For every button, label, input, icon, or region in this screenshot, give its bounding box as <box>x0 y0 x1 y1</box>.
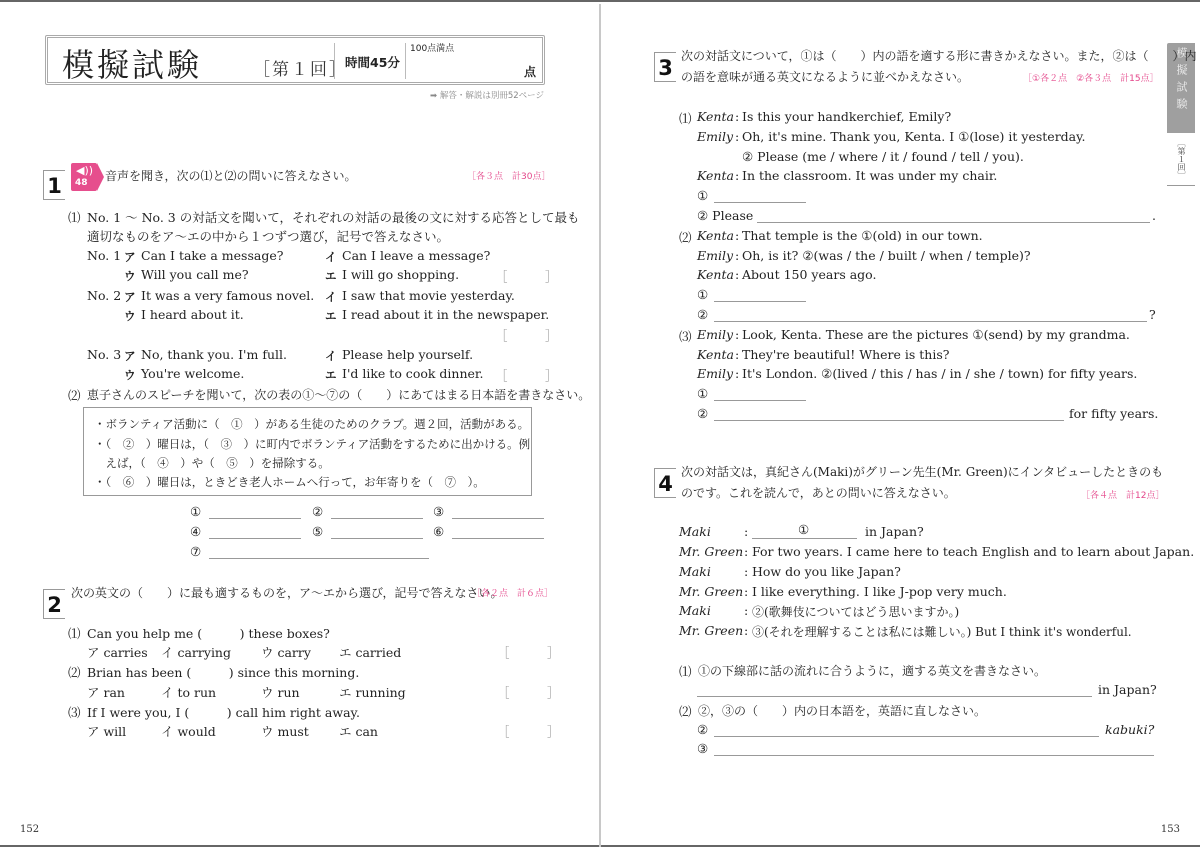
speaker: Mr. Green <box>679 544 743 559</box>
blank-label: ④ <box>190 524 201 539</box>
side-tab-round-label: ［第１回］ <box>1176 139 1186 179</box>
colon: : <box>735 347 739 362</box>
q-label: ⑶ <box>68 703 81 721</box>
answer-reference: ➡ 解答・解説は別冊52ページ <box>430 89 544 101</box>
answer-line[interactable] <box>714 321 1147 322</box>
section1-instruction: 音声を聞き，次の⑴と⑵の問いに答えなさい。 <box>105 167 357 184</box>
divider <box>405 43 406 79</box>
q-label: ⑶ <box>679 327 692 345</box>
option-text: No, thank you. I'm full. <box>141 347 287 362</box>
blank-label: ① <box>190 504 201 519</box>
option-text: Please help yourself. <box>342 347 473 362</box>
q-text: Brian has been ( ) since this morning. <box>87 663 359 681</box>
q-label: ⑴ <box>679 662 692 680</box>
page-number-right: 153 <box>1161 824 1180 835</box>
blank-label: ⑥ <box>433 524 444 539</box>
ans-label: ② <box>697 722 708 737</box>
colon: : <box>735 168 739 183</box>
box-line: ・ボランティア活動に（ ① ）がある生徒のためのクラブ。週２回，活動がある。 <box>94 416 529 432</box>
option: ウ run <box>261 683 300 701</box>
speaker: Mr. Green <box>679 623 743 638</box>
line-text: How do you like Japan? <box>752 564 901 579</box>
line-text: ③(それを理解することは私には難しい。) But I think it's wo… <box>752 623 1132 640</box>
ans-label: ② <box>697 307 708 322</box>
colon: : <box>735 228 739 243</box>
q-label: ⑵ <box>68 663 81 681</box>
line-text: It's London. ②(lived / this / has / in /… <box>742 366 1137 381</box>
answer-bracket[interactable]: ［ ］ <box>497 643 560 661</box>
item-no: No. 1 <box>87 248 121 263</box>
answer-line[interactable] <box>714 420 1064 421</box>
colon: : <box>744 623 748 638</box>
option-kana: イ <box>325 249 337 265</box>
q-label: ⑴ <box>679 109 692 127</box>
line-text: ②(歌舞伎についてはどう思いますか。) <box>752 603 959 620</box>
speaker: Kenta <box>697 168 734 183</box>
option: ウ must <box>261 722 309 740</box>
answer-line-4[interactable] <box>209 538 301 539</box>
answer-line-blank1[interactable] <box>752 538 857 539</box>
exam-title-box: 模擬試験 ［第１回］ 時間45分 100点満点 点 <box>45 35 545 85</box>
answer-line-6[interactable] <box>452 538 544 539</box>
option: ア ran <box>87 683 125 701</box>
answer-line[interactable] <box>757 222 1150 223</box>
answer-bracket[interactable]: ［ ］ <box>495 267 558 285</box>
ans-suffix: for fifty years. <box>1069 406 1158 421</box>
ans-label: ③ <box>697 741 708 756</box>
option-text: Can I take a message? <box>141 248 283 263</box>
answer-bracket[interactable]: ［ ］ <box>495 326 558 344</box>
box-line: ・（ ⑥ ）曜日は，ときどき老人ホームへ行って，お年寄りを（ ⑦ ）。 <box>94 474 485 490</box>
colon: : <box>744 544 748 559</box>
colon: : <box>735 109 739 124</box>
option-kana: イ <box>325 289 337 305</box>
blank-label: ⑤ <box>312 524 323 539</box>
option-kana: ア <box>124 348 136 364</box>
section3-points: ［①各２点 ②各３点 計15点］ <box>1023 71 1159 84</box>
speaker: Emily <box>697 129 733 144</box>
q-text: Can you help me ( ) these boxes? <box>87 624 330 642</box>
q-label: ⑴ <box>68 624 81 642</box>
right-page: 模擬試験 ［第１回］ 3 次の対話文について，①は（ ）内の語を適する形に書きか… <box>601 2 1200 847</box>
section3-instruction-line2: の語を意味が通る英文になるように並べかえなさい。 <box>681 68 969 85</box>
colon: : <box>735 366 739 381</box>
line-text: They're beautiful! Where is this? <box>742 347 949 362</box>
colon: : <box>744 524 748 539</box>
option-text: I saw that movie yesterday. <box>342 288 515 303</box>
speaker: Emily <box>697 327 733 342</box>
q2-text: 恵子さんのスピーチを聞いて，次の表の①～⑦の（ ）にあてはまる日本語を書きなさい… <box>87 386 590 403</box>
section2-points: ［各２点 計６点］ <box>472 586 553 599</box>
speaker-icon: ◀)) <box>76 164 93 177</box>
q1-text-line2: 適切なものをア～エの中から１つずつ選び，記号で答えなさい。 <box>87 227 449 245</box>
colon: : <box>744 603 748 618</box>
option-text: I heard about it. <box>141 307 244 322</box>
option: イ to run <box>161 683 216 701</box>
line-text: Look, Kenta. These are the pictures ①(se… <box>742 327 1130 342</box>
ans-suffix: in Japan? <box>1098 682 1157 697</box>
colon: : <box>744 584 748 599</box>
blank-label: ③ <box>433 504 444 519</box>
item-no: No. 3 <box>87 347 121 362</box>
option-kana: ウ <box>124 367 136 383</box>
answer-line[interactable] <box>714 400 806 401</box>
line-text: In the classroom. It was under my chair. <box>742 168 997 183</box>
answer-line-3[interactable] <box>452 518 544 519</box>
line-text: I like everything. I like J-pop very muc… <box>752 584 1007 599</box>
q1-text-line1: No. 1 ～ No. 3 の対話文を聞いて，それぞれの対話の最後の文に対する応… <box>87 208 579 226</box>
section-number-2: 2 <box>43 589 65 619</box>
line-text: in Japan? <box>865 524 924 539</box>
option-kana: エ <box>325 308 337 324</box>
speaker: Kenta <box>697 228 734 243</box>
section1-points: ［各３点 計30点］ <box>467 169 550 182</box>
q-text: ①の下線部に話の流れに合うように，適する英文を書きなさい。 <box>698 662 1046 679</box>
ans-label: ① <box>697 188 708 203</box>
speaker: Emily <box>697 366 733 381</box>
option-kana: エ <box>325 268 337 284</box>
speaker: Mr. Green <box>679 584 743 599</box>
page-number-left: 152 <box>20 824 39 835</box>
answer-line-7[interactable] <box>209 558 429 559</box>
answer-line[interactable] <box>714 736 1099 737</box>
speaker: Kenta <box>697 347 734 362</box>
box-line: えば，（ ④ ）や（ ⑤ ）を掃除する。 <box>94 455 330 471</box>
colon: : <box>735 267 739 282</box>
section2-instruction: 次の英文の（ ）に最も適するものを，ア～エから選び，記号で答えなさい。 <box>71 584 503 601</box>
line-text: That temple is the ①(old) in our town. <box>742 228 983 243</box>
option-kana: ウ <box>124 268 136 284</box>
option: ア will <box>87 722 126 740</box>
ans-label: ② Please <box>697 208 753 223</box>
ans-label: ① <box>697 287 708 302</box>
line-text: Oh, is it? ②(was / the / built / when / … <box>742 248 1031 263</box>
option: イ carrying <box>161 643 231 661</box>
blank-label: ⑦ <box>190 544 201 559</box>
speaker: Kenta <box>697 109 734 124</box>
ans-suffix: . <box>1152 208 1156 223</box>
section3-instruction-line1: 次の対話文について，①は（ ）内の語を適する形に書きかえなさい。また，②は（ ）… <box>681 47 1197 64</box>
option: ア carries <box>87 643 148 661</box>
option-kana: エ <box>325 367 337 383</box>
q-label: ⑵ <box>679 702 692 720</box>
answer-line-5[interactable] <box>331 538 423 539</box>
book-spread: 模擬試験 ［第１回］ 時間45分 100点満点 点 ➡ 解答・解説は別冊52ペー… <box>0 0 1200 847</box>
box-line: ・（ ② ）曜日は，（ ③ ）に町内でボランティア活動をするために出かける。例 <box>94 436 530 452</box>
section4-instruction-line1: 次の対話文は，真紀さん(Maki)がグリーン先生(Mr. Green)にインタビ… <box>681 463 1163 480</box>
answer-line-1[interactable] <box>209 518 301 519</box>
line-text: ② Please (me / where / it / found / tell… <box>742 149 1024 164</box>
option-kana: ア <box>124 289 136 305</box>
time-limit: 時間45分 <box>345 53 400 71</box>
option-text: It was a very famous novel. <box>141 288 314 303</box>
audio-track-number: 48 <box>75 178 88 188</box>
colon: : <box>735 327 739 342</box>
option: ウ carry <box>261 643 311 661</box>
divider <box>334 43 335 79</box>
section4-points: ［各４点 計12点］ <box>1081 488 1164 501</box>
section4-instruction-line2: のです。これを読んで，あとの問いに答えなさい。 <box>681 484 956 501</box>
answer-line[interactable] <box>714 301 806 302</box>
option-kana: ウ <box>124 308 136 324</box>
option-text: I will go shopping. <box>342 267 459 282</box>
ans-label: ① <box>697 386 708 401</box>
option-kana: イ <box>325 348 337 364</box>
q-label: ⑵ <box>679 228 692 246</box>
option: エ carried <box>339 643 401 661</box>
speaker: Maki <box>679 524 711 539</box>
option-kana: ア <box>124 249 136 265</box>
option: エ running <box>339 683 406 701</box>
speech-summary-box: ・ボランティア活動に（ ① ）がある生徒のためのクラブ。週２回，活動がある。 ・… <box>83 407 532 496</box>
ans-suffix: kabuki? <box>1105 722 1154 737</box>
q2-label: ⑵ <box>68 386 81 404</box>
answer-line[interactable] <box>714 755 1154 756</box>
answer-bracket[interactable]: ［ ］ <box>497 683 560 701</box>
colon: : <box>735 248 739 263</box>
option: イ would <box>161 722 216 740</box>
speaker: Maki <box>679 603 711 618</box>
line-text: Oh, it's mine. Thank you, Kenta. I ①(los… <box>742 129 1086 144</box>
full-score: 100点満点 <box>410 41 454 54</box>
q-text: If I were you, I ( ) call him right away… <box>87 703 360 721</box>
item-no: No. 2 <box>87 288 121 303</box>
line-text: For two years. I came here to teach Engl… <box>752 544 1194 559</box>
exam-title: 模擬試験 <box>62 40 202 86</box>
colon: : <box>735 129 739 144</box>
option-text: Can I leave a message? <box>342 248 490 263</box>
audio-track-badge[interactable]: ◀)) 48 <box>71 163 97 191</box>
answer-bracket[interactable]: ［ ］ <box>495 366 558 384</box>
speaker: Maki <box>679 564 711 579</box>
line-text: Is this your handkerchief, Emily? <box>742 109 951 124</box>
divider <box>1167 185 1195 186</box>
line-text: About 150 years ago. <box>742 267 876 282</box>
q1-label: ⑴ <box>68 208 81 226</box>
option-text: You're welcome. <box>141 366 244 381</box>
ans-label: ② <box>697 406 708 421</box>
option-text: I read about it in the newspaper. <box>342 307 549 322</box>
speaker: Emily <box>697 248 733 263</box>
blank-label: ① <box>798 522 809 537</box>
option-text: I'd like to cook dinner. <box>342 366 484 381</box>
section-number-1: 1 <box>43 170 65 200</box>
score-field[interactable]: 点 <box>524 63 536 80</box>
colon: : <box>744 564 748 579</box>
q-text: ②，③の（ ）内の日本語を，英語に直しなさい。 <box>698 702 986 719</box>
option: エ can <box>339 722 378 740</box>
section-number-3: 3 <box>654 52 676 82</box>
answer-line-2[interactable] <box>331 518 423 519</box>
speaker: Kenta <box>697 267 734 282</box>
answer-bracket[interactable]: ［ ］ <box>497 722 560 740</box>
answer-line[interactable] <box>714 202 806 203</box>
side-tab-round: ［第１回］ <box>1167 139 1195 183</box>
blank-label: ② <box>312 504 323 519</box>
answer-line[interactable] <box>697 696 1092 697</box>
option-text: Will you call me? <box>141 267 249 282</box>
ans-suffix: ? <box>1149 307 1156 322</box>
left-page: 模擬試験 ［第１回］ 時間45分 100点満点 点 ➡ 解答・解説は別冊52ペー… <box>0 2 599 847</box>
section-number-4: 4 <box>654 468 676 498</box>
